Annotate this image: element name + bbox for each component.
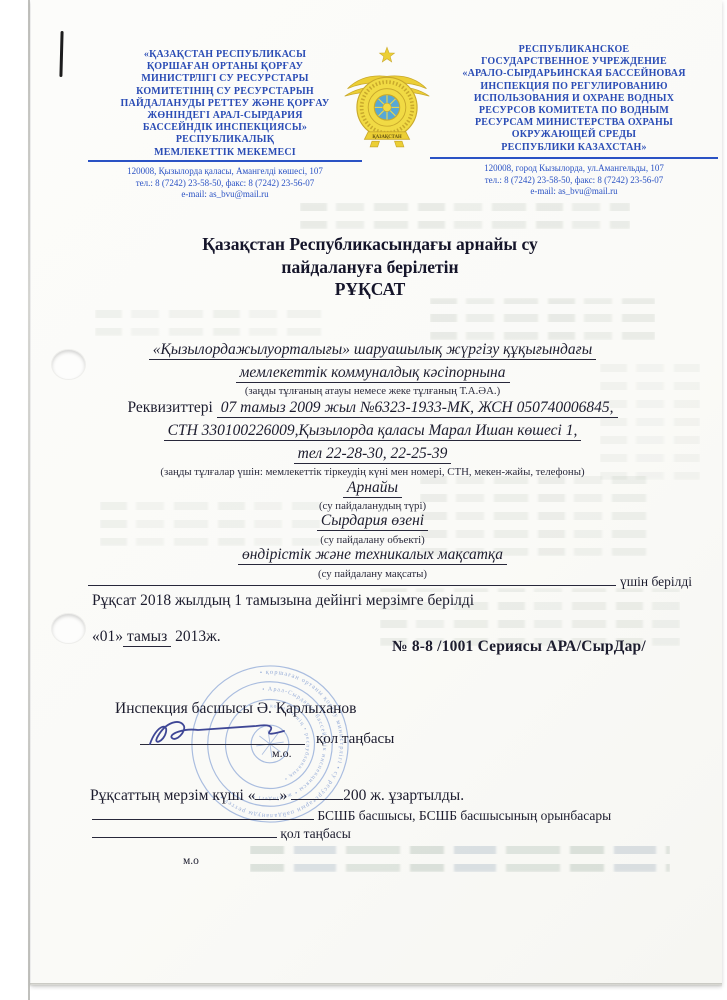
handwritten-signature bbox=[128, 700, 358, 760]
blank-underline bbox=[291, 786, 343, 800]
org-line: ОКРУЖАЮЩЕЙ СРЕДЫ bbox=[430, 129, 718, 141]
water-object-value: Сырдария өзені bbox=[317, 512, 428, 531]
requisites-line3: тел 22-28-30, 22-25-39 bbox=[85, 445, 660, 463]
extension-signers-line: БСШБ басшысы, БСШБ басшысының орынбасары bbox=[92, 806, 611, 824]
use-type-caption: (су пайдаланудың түрі) bbox=[85, 500, 660, 512]
requisites-value: 07 тамыз 2009 жыл №6323-1933-МК, ЖСН 050… bbox=[217, 399, 618, 418]
org-line: ИНСПЕКЦИЯ ПО РЕГУЛИРОВАНИЮ bbox=[430, 81, 718, 93]
org-line: ГОСУДАРСТВЕННОЕ УЧРЕЖДЕНИЕ bbox=[430, 56, 718, 68]
org-line: РЕСУРСОВ КОМИТЕТА ПО ВОДНЫМ bbox=[430, 105, 718, 117]
grantee-name-line2: мемлекеттік коммуналдық кәсіпорнына bbox=[85, 364, 660, 382]
extension-prefix: Рұқсаттың мерзім күші bbox=[90, 787, 244, 804]
org-line: ИСПОЛЬЗОВАНИЯ И ОХРАНЕ ВОДНЫХ bbox=[430, 93, 718, 105]
org-line: РЕСПУБЛИКИ КАЗАХСТАН» bbox=[430, 142, 718, 154]
requisites-line2: СТН 330100226009,Қызылорда қаласы Марал … bbox=[85, 422, 660, 440]
requisites-value: тел 22-28-30, 22-25-39 bbox=[294, 445, 452, 464]
address-line: 120008, город Кызылорда, ул.Амангельды, … bbox=[430, 163, 718, 175]
header-rule-left bbox=[88, 160, 362, 162]
org-line: РЕСУРСАМ МИНИСТЕРСТВА ОХРАНЫ bbox=[430, 117, 718, 129]
date-month: тамыз bbox=[123, 628, 171, 647]
grantee-value: мемлекеттік коммуналдық кәсіпорнына bbox=[236, 364, 510, 383]
date-day: «01» bbox=[92, 628, 123, 645]
extension-line: Рұқсаттың мерзім күші «» 200 ж. ұзартылд… bbox=[90, 786, 464, 805]
org-line: «АРАЛО-СЫРДАРЬИНСКАЯ БАССЕЙНОВАЯ bbox=[430, 68, 718, 80]
scan-left-edge bbox=[28, 0, 30, 1000]
grantee-caption: (заңды тұлғаның атауы немесе жеке тұлған… bbox=[85, 385, 660, 397]
punch-hole-top bbox=[52, 350, 85, 379]
email-text: e-mail: as_bvu@mail.ru bbox=[430, 186, 718, 198]
title-line: Қазақстан Республикасындағы арнайы су bbox=[120, 233, 620, 256]
use-type-value: Арнайы bbox=[343, 479, 402, 498]
stamp-place-abbr: м.о. bbox=[272, 746, 292, 761]
org-line: МЕМЛЕКЕТТІК МЕКЕМЕСІ bbox=[88, 147, 362, 159]
extension-signature-line: қол таңбасы bbox=[92, 824, 351, 842]
signature-caption: қол таңбасы bbox=[316, 731, 394, 748]
address-line: тел.: 8 (7242) 23-58-50, факс: 8 (7242) … bbox=[430, 175, 718, 187]
purpose-line: өндірістік және техникалых мақсатқа bbox=[85, 546, 660, 564]
title-line: РҰҚСАТ bbox=[120, 278, 620, 301]
water-object-line: Сырдария өзені bbox=[85, 512, 660, 530]
extension-century: 200 bbox=[343, 787, 366, 804]
email-text: e-mail: as_bvu@mail.ru bbox=[88, 189, 362, 201]
org-line: ҚОРШАҒАН ОРТАНЫ ҚОРҒАУ bbox=[88, 61, 362, 73]
org-name-russian: РЕСПУБЛИКАНСКОЕ ГОСУДАРСТВЕННОЕ УЧРЕЖДЕН… bbox=[430, 44, 718, 154]
use-type-line: Арнайы bbox=[85, 479, 660, 497]
address-line: тел.: 8 (7242) 23-58-50, факс: 8 (7242) … bbox=[88, 178, 362, 190]
document-title: Қазақстан Республикасындағы арнайы су па… bbox=[120, 233, 620, 301]
date-year: 2013ж. bbox=[175, 628, 221, 645]
extension-signers-label: БСШБ басшысы, БСШБ басшысының орынбасары bbox=[317, 808, 611, 823]
blank-underline bbox=[88, 572, 616, 586]
address-block-russian: 120008, город Кызылорда, ул.Амангельды, … bbox=[430, 163, 718, 198]
requisites-line1: Реквизиттері 07 тамыз 2009 жыл №6323-193… bbox=[85, 399, 660, 417]
grantee-name-line1: «Қызылордажылуорталығы» шаруашылық жүргі… bbox=[85, 341, 660, 359]
stamp-place-abbr: м.о bbox=[183, 855, 199, 867]
validity-line: Рұқсат 2018 жылдың 1 тамызына дейінгі ме… bbox=[92, 592, 474, 610]
blank-underline bbox=[255, 786, 279, 800]
org-line: КОМИТЕТІНІҢ СУ РЕСУРСТАРЫН bbox=[88, 86, 362, 98]
address-line: 120008, Қызылорда қаласы, Амангелді көше… bbox=[88, 166, 362, 178]
emblem-banner-text: ҚАЗАҚСТАН bbox=[372, 135, 402, 140]
issued-for-suffix: үшін берілді bbox=[620, 574, 692, 589]
grantee-value: «Қызылордажылуорталығы» шаруашылық жүргі… bbox=[149, 341, 596, 360]
org-line: МИНИСТРЛІГІ СУ РЕСУРСТАРЫ bbox=[88, 73, 362, 85]
org-line: ПАЙДАЛАНУДЫ РЕТТЕУ ЖӘНЕ ҚОРҒАУ bbox=[88, 98, 362, 110]
address-block-kazakh: 120008, Қызылорда қаласы, Амангелді көше… bbox=[88, 166, 362, 201]
title-line: пайдалануға берілетін bbox=[120, 256, 620, 279]
punch-hole-bottom bbox=[52, 614, 85, 643]
open-quote: « bbox=[248, 787, 256, 804]
kazakhstan-coat-of-arms-icon: ҚАЗАҚСТАН bbox=[340, 45, 434, 151]
org-line: ЖӨНІНДЕГІ АРАЛ-СЫРДАРИЯ bbox=[88, 110, 362, 122]
purpose-value: өндірістік және техникалых мақсатқа bbox=[238, 546, 507, 565]
requisites-label: Реквизиттері bbox=[127, 399, 212, 416]
water-object-caption: (су пайдалану объекті) bbox=[85, 534, 660, 546]
extension-suffix: ж. ұзартылды. bbox=[370, 787, 464, 804]
issued-for-line: үшін берілді bbox=[88, 572, 720, 591]
org-line: РЕСПУБЛИКАНСКОЕ bbox=[430, 44, 718, 56]
scan-bottom-shadow bbox=[30, 983, 722, 987]
requisites-caption: (заңды тұлғалар үшін: мемлекеттік тіркеу… bbox=[85, 466, 660, 478]
extension-signature-caption: қол таңбасы bbox=[280, 826, 350, 841]
org-line: «ҚАЗАҚСТАН РЕСПУБЛИКАСЫ bbox=[88, 49, 362, 61]
blank-underline bbox=[92, 806, 314, 820]
requisites-value: СТН 330100226009,Қызылорда қаласы Марал … bbox=[164, 422, 582, 441]
header-rule-right bbox=[430, 157, 718, 159]
blank-underline bbox=[92, 824, 277, 838]
org-line: БАССЕЙНДІК ИНСПЕКЦИЯСЫ» bbox=[88, 122, 362, 134]
scanned-permit-document: «ҚАЗАҚСТАН РЕСПУБЛИКАСЫ ҚОРШАҒАН ОРТАНЫ … bbox=[0, 0, 727, 1000]
org-line: РЕСПУБЛИКАЛЫҚ bbox=[88, 134, 362, 146]
org-name-kazakh: «ҚАЗАҚСТАН РЕСПУБЛИКАСЫ ҚОРШАҒАН ОРТАНЫ … bbox=[88, 49, 362, 159]
issue-date-line: «01»тамыз 2013ж. bbox=[92, 628, 221, 646]
close-quote: » bbox=[279, 787, 287, 804]
permit-number: № 8-8 /1001 Сериясы АРА/СырДар/ bbox=[392, 638, 646, 656]
